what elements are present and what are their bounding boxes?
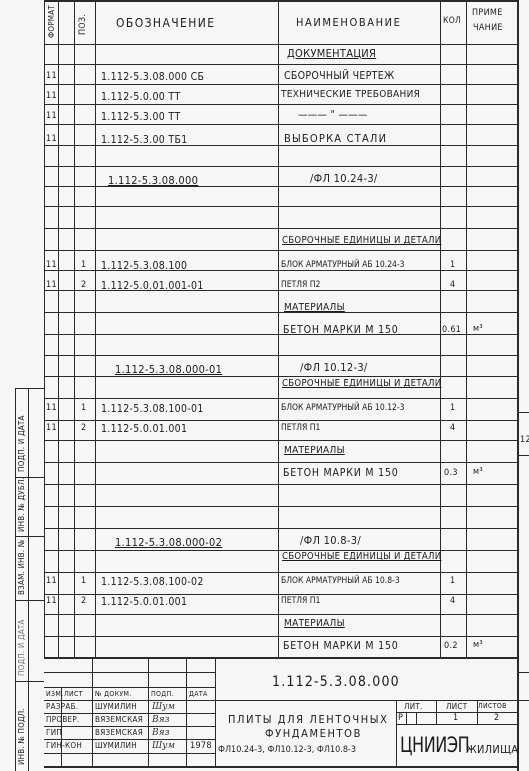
material-qty: 0.2 bbox=[444, 642, 458, 651]
materials-title: Материалы bbox=[284, 303, 345, 313]
assembly-title: Сборочные единицы и детали bbox=[282, 236, 441, 246]
designation-cell: 1.112-5.3.08.100 bbox=[101, 261, 187, 272]
row-line bbox=[44, 594, 519, 595]
title-line-1: Плиты для ленточных bbox=[228, 714, 389, 725]
tb-col bbox=[92, 657, 93, 767]
edge-line bbox=[517, 700, 529, 701]
pos-cell: 2 bbox=[81, 597, 86, 606]
section-documentation: Документация bbox=[287, 48, 376, 59]
edge-line bbox=[517, 412, 529, 413]
format-cell: 11 bbox=[46, 424, 57, 433]
title-line-3: ФЛ10.24-3, ФЛ10.12-3, ФЛ10.8-3 bbox=[218, 746, 356, 755]
tb-col bbox=[215, 657, 216, 767]
row-line bbox=[44, 166, 519, 167]
pos-cell: 1 bbox=[81, 577, 86, 586]
col-date: Дата bbox=[189, 691, 208, 698]
row-line bbox=[44, 0, 519, 2]
format-cell: 11 bbox=[46, 112, 57, 121]
row-line bbox=[44, 484, 519, 485]
signature: Шум bbox=[152, 702, 175, 712]
header-designation: Обозначение bbox=[116, 17, 215, 29]
table-border-right bbox=[517, 0, 519, 771]
format-cell: 11 bbox=[46, 92, 57, 101]
designation-cell: 1.112-5.3.00 ТБ1 bbox=[101, 135, 188, 146]
format-cell: 11 bbox=[46, 135, 57, 144]
lit-label: Лит. bbox=[404, 703, 423, 711]
variant-mark: /ФЛ 10.12-3/ bbox=[300, 362, 368, 373]
row-line bbox=[44, 420, 519, 421]
sheets-value: 2 bbox=[494, 714, 499, 723]
tb-row bbox=[44, 753, 215, 754]
name-cell: Блок арматурный АБ 10.8-3 bbox=[281, 577, 400, 586]
title-line-2: фундаментов bbox=[265, 728, 362, 739]
designation-cell: 1.112-5.3.08.000 СБ bbox=[101, 72, 204, 83]
assembly-title: Сборочные единицы и детали bbox=[282, 552, 441, 562]
tb-col bbox=[406, 712, 407, 724]
variant-mark: /ФЛ 10.8-3/ bbox=[300, 535, 361, 546]
tb-col bbox=[416, 712, 417, 724]
header-note-1: Приме bbox=[472, 9, 503, 18]
stamp-vzam-inv: Взам. инв. № bbox=[17, 540, 26, 595]
stamp-border bbox=[28, 388, 29, 771]
col-izm: Изм. bbox=[46, 691, 63, 698]
row-line bbox=[44, 398, 519, 399]
table-border-left bbox=[44, 0, 45, 657]
designation-cell: 1.112-5.0.01.001 bbox=[101, 424, 187, 435]
tb-col bbox=[61, 687, 62, 767]
date-cell: 1978 bbox=[190, 742, 212, 751]
name-cell: Выборка стали bbox=[284, 133, 387, 144]
pos-cell: 2 bbox=[81, 424, 86, 433]
format-cell: 11 bbox=[46, 281, 57, 290]
row-line bbox=[44, 614, 519, 615]
role-label: Провер. bbox=[46, 716, 80, 724]
designation-cell: 1.112-5.0.01.001 bbox=[101, 597, 187, 608]
material-unit: м³ bbox=[473, 468, 483, 477]
variant-designation: 1.112-5.3.08.000-01 bbox=[115, 364, 222, 375]
tb-row bbox=[44, 726, 215, 727]
row-line bbox=[44, 84, 519, 85]
signature: Вяз bbox=[152, 728, 169, 738]
col-divider bbox=[74, 0, 75, 657]
lit-value: Р bbox=[398, 714, 403, 723]
signature: Вяз bbox=[152, 715, 169, 725]
tb-row bbox=[44, 687, 215, 688]
tb-row bbox=[44, 672, 215, 673]
qty-cell: 1 bbox=[450, 404, 455, 413]
material-name: Бетон марки М 150 bbox=[283, 468, 399, 479]
qty-cell: 4 bbox=[450, 281, 455, 290]
org-name: ЦНИИЭП bbox=[400, 735, 469, 756]
tb-col bbox=[436, 700, 437, 724]
col-divider bbox=[95, 0, 96, 657]
col-list: Лист bbox=[64, 691, 83, 698]
format-cell: 11 bbox=[46, 597, 57, 606]
material-name: Бетон марки М 150 bbox=[283, 641, 399, 652]
tb-row bbox=[44, 713, 215, 714]
name-cell: Петля П1 bbox=[281, 597, 320, 606]
row-line bbox=[44, 124, 519, 125]
header-format: Формат bbox=[47, 5, 56, 38]
variant-designation: 1.112-5.3.08.000-02 bbox=[115, 537, 222, 548]
stamp-divider bbox=[15, 681, 44, 682]
row-line bbox=[44, 572, 519, 573]
material-unit: м³ bbox=[473, 641, 483, 650]
row-line bbox=[44, 228, 519, 229]
row-line bbox=[44, 355, 519, 356]
row-line bbox=[44, 44, 519, 45]
stamp-border bbox=[15, 388, 16, 771]
role-label: ГИП bbox=[46, 729, 62, 737]
edge-fragment: 12 bbox=[520, 436, 529, 445]
row-line bbox=[44, 64, 519, 65]
role-label: Гин-кон bbox=[46, 742, 82, 750]
qty-cell: 4 bbox=[450, 424, 455, 433]
row-line bbox=[44, 250, 519, 251]
header-pos: Поз. bbox=[78, 14, 88, 35]
designation-cell: 1.112-5.3.08.100-01 bbox=[101, 404, 204, 415]
person-name: Шумилин bbox=[95, 742, 137, 750]
format-cell: 11 bbox=[46, 72, 57, 81]
name-cell: Блок арматурный АБ 10.12-3 bbox=[281, 404, 405, 413]
edge-line bbox=[517, 455, 529, 456]
qty-cell: 4 bbox=[450, 597, 455, 606]
pos-cell: 2 bbox=[81, 281, 86, 290]
row-line bbox=[44, 462, 519, 463]
org-suffix: жилища bbox=[466, 744, 518, 755]
tb-row bbox=[44, 739, 215, 740]
pos-cell: 1 bbox=[81, 404, 86, 413]
variant-mark: /ФЛ 10.24-3/ bbox=[310, 173, 378, 184]
stamp-sign-date-2: Подп. и дата bbox=[17, 619, 26, 676]
name-cell: Блок арматурный АБ 10.24-3 bbox=[281, 261, 405, 270]
role-label: Разраб. bbox=[46, 703, 78, 711]
stamp-sign-date: Подп. и дата bbox=[17, 415, 26, 472]
title-block-top bbox=[44, 657, 519, 659]
edge-line bbox=[517, 672, 529, 673]
name-cell: Петля П2 bbox=[281, 281, 320, 290]
designation-cell: 1.112-5.3.00 ТТ bbox=[101, 112, 181, 123]
row-line bbox=[44, 506, 519, 507]
header-note-2: чание bbox=[473, 24, 503, 33]
row-line bbox=[44, 312, 519, 313]
col-doc-no: № докум. bbox=[95, 691, 132, 698]
material-qty: 0.3 bbox=[444, 469, 458, 478]
designation-cell: 1.112-5.3.08.100-02 bbox=[101, 577, 204, 588]
format-cell: 11 bbox=[46, 577, 57, 586]
material-name: Бетон марки М 150 bbox=[283, 325, 399, 336]
variant-designation: 1.112-5.3.08.000 bbox=[108, 175, 198, 186]
sheet-value: 1 bbox=[453, 714, 458, 723]
signature: Шум bbox=[152, 741, 175, 751]
doc-number: 1.112-5.3.08.000 bbox=[272, 675, 400, 689]
tb-col bbox=[396, 700, 397, 767]
material-unit: м³ bbox=[473, 325, 483, 334]
format-cell: 11 bbox=[46, 404, 57, 413]
name-cell: Петля П1 bbox=[281, 424, 320, 433]
assembly-title: Сборочные единицы и детали bbox=[282, 379, 441, 389]
stamp-inv-podl: Инв. № подл. bbox=[17, 708, 26, 765]
qty-cell: 1 bbox=[450, 261, 455, 270]
materials-title: Материалы bbox=[284, 619, 345, 629]
row-line bbox=[44, 528, 519, 529]
name-cell: Технические требования bbox=[281, 90, 420, 100]
person-name: Шумилин bbox=[95, 703, 137, 711]
col-divider bbox=[466, 0, 467, 657]
header-qty: Кол bbox=[443, 17, 461, 26]
header-name: Наименование bbox=[296, 17, 402, 28]
stamp-divider bbox=[15, 600, 44, 601]
name-cell: Сборочный чертеж bbox=[284, 71, 394, 82]
stamp-inv-dubl: Инв. № дубл. bbox=[17, 477, 26, 532]
tb-col bbox=[186, 657, 187, 767]
row-line bbox=[44, 206, 519, 207]
row-line bbox=[44, 104, 519, 105]
materials-title: Материалы bbox=[284, 446, 345, 456]
sheet-label: Лист bbox=[446, 703, 467, 711]
person-name: Вяземская bbox=[95, 729, 143, 737]
col-sign: Подп. bbox=[151, 691, 174, 698]
col-divider bbox=[58, 0, 59, 657]
material-qty: 0.61 bbox=[442, 326, 461, 335]
pos-cell: 1 bbox=[81, 261, 86, 270]
col-divider bbox=[278, 0, 279, 657]
tb-row bbox=[44, 700, 519, 701]
designation-cell: 1.112-5.0.00 ТТ bbox=[101, 92, 181, 103]
stamp-divider bbox=[15, 536, 44, 537]
row-line bbox=[44, 376, 519, 377]
title-block-bottom bbox=[44, 766, 519, 768]
format-cell: 11 bbox=[46, 261, 57, 270]
qty-cell: 1 bbox=[450, 577, 455, 586]
tb-row bbox=[396, 724, 519, 725]
name-cell-ditto: ——— " ——— bbox=[298, 110, 368, 121]
sheets-label: Листов bbox=[478, 703, 507, 710]
tb-col bbox=[148, 657, 149, 767]
row-line bbox=[44, 440, 519, 441]
designation-cell: 1.112-5.0.01.001-01 bbox=[101, 281, 204, 292]
person-name: Вяземская bbox=[95, 716, 143, 724]
stamp-divider bbox=[15, 388, 44, 389]
row-line bbox=[44, 636, 519, 637]
